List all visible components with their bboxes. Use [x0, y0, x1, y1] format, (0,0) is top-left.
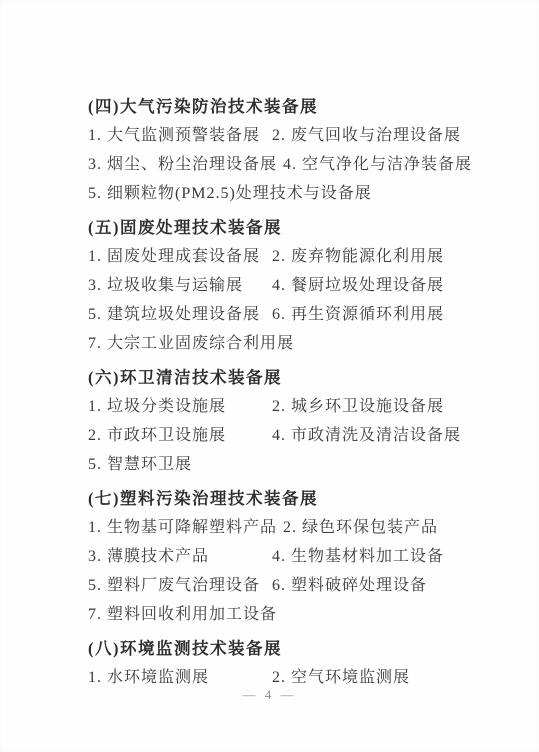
list-row: 1. 生物基可降解塑料产品 2. 绿色环保包装产品	[88, 513, 488, 542]
list-item: 1. 垃圾分类设施展	[88, 392, 272, 421]
list-item: 4. 餐厨垃圾处理设备展	[272, 271, 444, 300]
list-item: 3. 烟尘、粉尘治理设备展	[88, 150, 283, 179]
list-item: 5. 建筑垃圾处理设备展	[88, 300, 272, 329]
list-item: 6. 再生资源循环利用展	[272, 300, 444, 329]
list-row: 5. 细颗粒物(PM2.5)处理技术与设备展	[88, 179, 488, 208]
list-item: 4. 空气净化与洁净装备展	[283, 150, 472, 179]
list-row: 7. 大宗工业固废综合利用展	[88, 329, 488, 358]
section-6: (六)环卫清洁技术装备展 1. 垃圾分类设施展 2. 城乡环卫设施设备展 2. …	[88, 363, 488, 479]
section-4: (四)大气污染防治技术装备展 1. 大气监测预警装备展 2. 废气回收与治理设备…	[88, 92, 488, 208]
list-item: 2. 废气回收与治理设备展	[272, 121, 461, 150]
list-row: 5. 建筑垃圾处理设备展 6. 再生资源循环利用展	[88, 300, 488, 329]
list-item: 2. 城乡环卫设施设备展	[272, 392, 444, 421]
list-row: 1. 固废处理成套设备展 2. 废弃物能源化利用展	[88, 242, 488, 271]
section-heading: (四)大气污染防治技术装备展	[88, 92, 488, 121]
list-row: 3. 烟尘、粉尘治理设备展 4. 空气净化与洁净装备展	[88, 150, 488, 179]
list-item: 1. 固废处理成套设备展	[88, 242, 272, 271]
list-item: 1. 生物基可降解塑料产品	[88, 513, 283, 542]
list-row: 3. 垃圾收集与运输展 4. 餐厨垃圾处理设备展	[88, 271, 488, 300]
list-item: 4. 生物基材料加工设备	[272, 542, 444, 571]
list-row: 5. 塑料厂废气治理设备 6. 塑料破碎处理设备	[88, 571, 488, 600]
list-item: 2. 市政环卫设施展	[88, 421, 272, 450]
list-item: 1. 大气监测预警装备展	[88, 121, 272, 150]
list-item: 5. 细颗粒物(PM2.5)处理技术与设备展	[88, 179, 378, 208]
section-heading: (六)环卫清洁技术装备展	[88, 363, 488, 392]
list-item: 7. 大宗工业固废综合利用展	[88, 329, 300, 358]
list-row: 7. 塑料回收利用加工设备	[88, 600, 488, 629]
page-number: — 4 —	[0, 687, 539, 703]
section-5: (五)固废处理技术装备展 1. 固废处理成套设备展 2. 废弃物能源化利用展 3…	[88, 213, 488, 358]
list-row: 3. 薄膜技术产品 4. 生物基材料加工设备	[88, 542, 488, 571]
list-row: 1. 垃圾分类设施展 2. 城乡环卫设施设备展	[88, 392, 488, 421]
document-content: (四)大气污染防治技术装备展 1. 大气监测预警装备展 2. 废气回收与治理设备…	[88, 92, 488, 692]
list-row: 1. 大气监测预警装备展 2. 废气回收与治理设备展	[88, 121, 488, 150]
list-row: 5. 智慧环卫展	[88, 450, 488, 479]
section-8: (八)环境监测技术装备展 1. 水环境监测展 2. 空气环境监测展	[88, 634, 488, 692]
list-item: 6. 塑料破碎处理设备	[272, 571, 427, 600]
list-item: 4. 市政清洗及清洁设备展	[272, 421, 461, 450]
list-item: 3. 垃圾收集与运输展	[88, 271, 272, 300]
section-heading: (五)固废处理技术装备展	[88, 213, 488, 242]
section-heading: (八)环境监测技术装备展	[88, 634, 488, 663]
document-page: (四)大气污染防治技术装备展 1. 大气监测预警装备展 2. 废气回收与治理设备…	[0, 0, 539, 752]
list-item: 5. 塑料厂废气治理设备	[88, 571, 272, 600]
list-item: 2. 废弃物能源化利用展	[272, 242, 444, 271]
list-item: 3. 薄膜技术产品	[88, 542, 272, 571]
list-item: 2. 绿色环保包装产品	[283, 513, 438, 542]
list-row: 2. 市政环卫设施展 4. 市政清洗及清洁设备展	[88, 421, 488, 450]
section-7: (七)塑料污染治理技术装备展 1. 生物基可降解塑料产品 2. 绿色环保包装产品…	[88, 484, 488, 629]
section-heading: (七)塑料污染治理技术装备展	[88, 484, 488, 513]
list-item: 5. 智慧环卫展	[88, 450, 272, 479]
list-item: 7. 塑料回收利用加工设备	[88, 600, 283, 629]
